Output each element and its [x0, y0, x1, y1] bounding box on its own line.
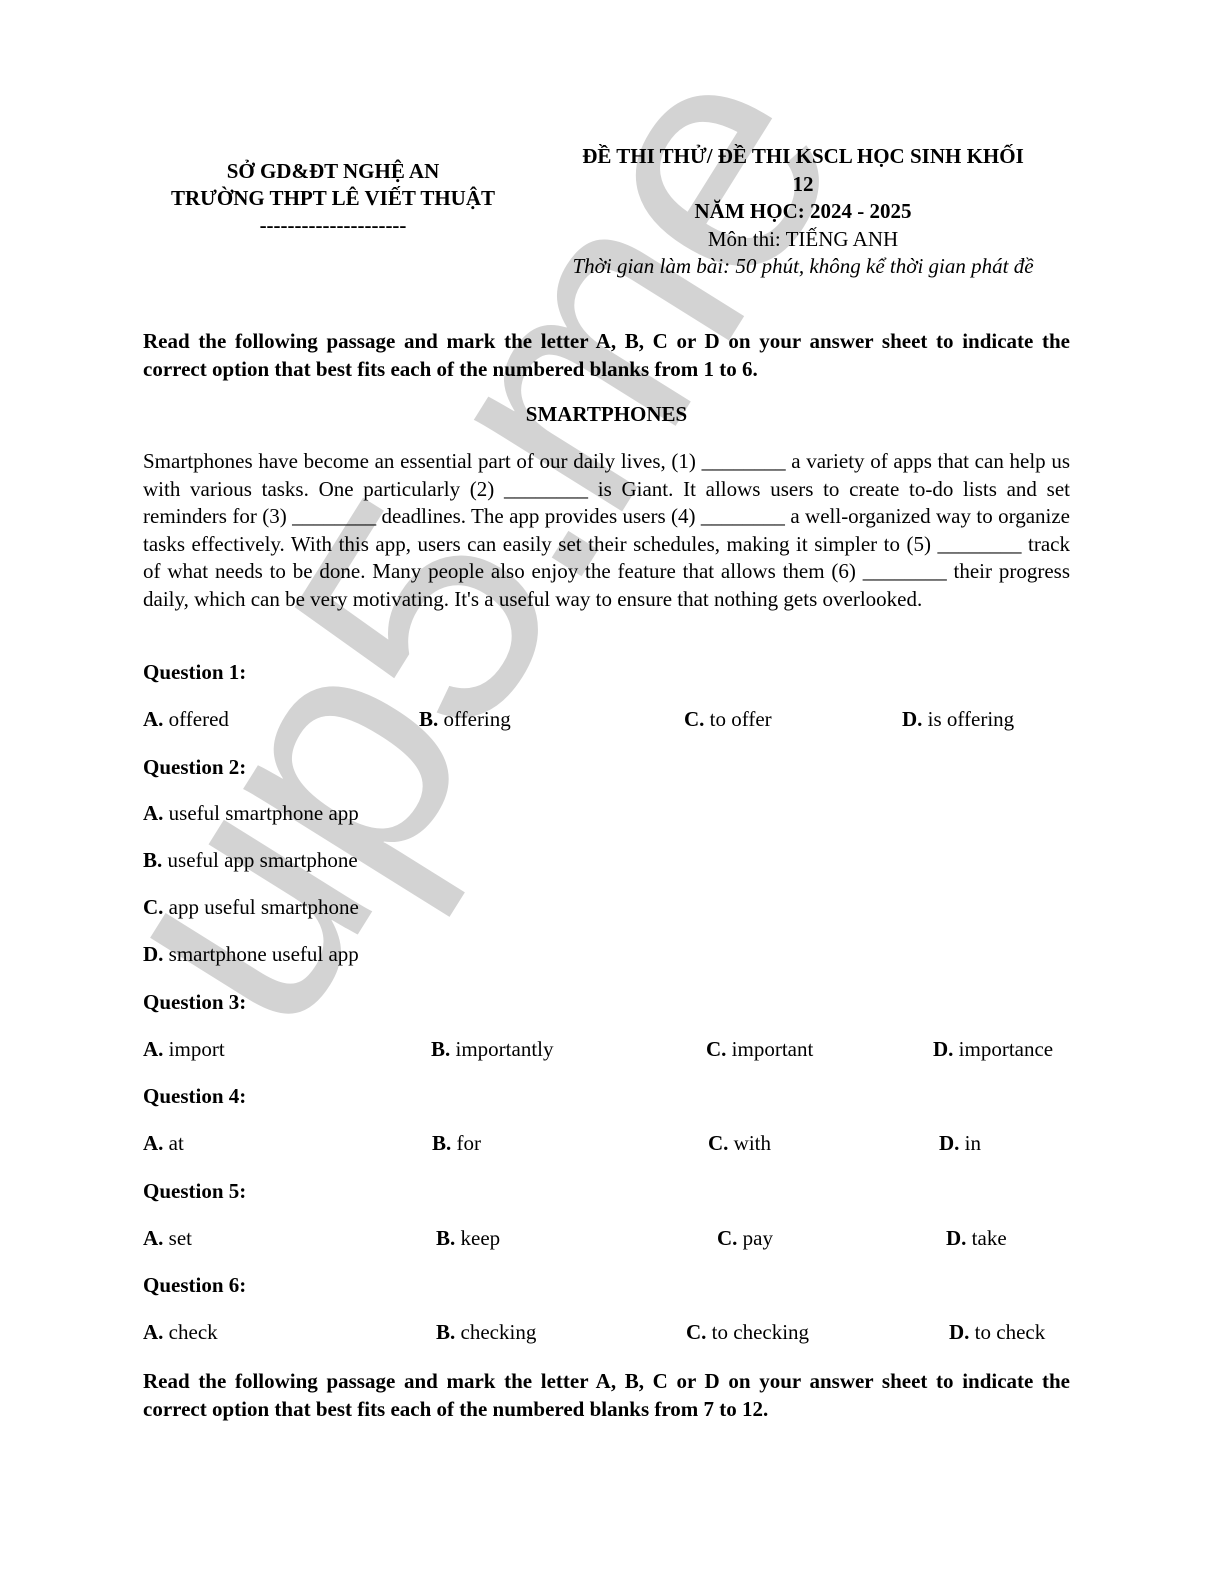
option-text: useful smartphone app	[169, 801, 359, 825]
answer-option[interactable]: B. useful app smartphone	[143, 848, 358, 873]
passage-title: SMARTPHONES	[143, 402, 1070, 427]
option-letter: A.	[143, 1037, 163, 1061]
option-text: useful app smartphone	[168, 848, 358, 872]
option-text: for	[457, 1131, 482, 1155]
option-text: take	[972, 1226, 1007, 1250]
option-text: is offering	[928, 707, 1015, 731]
exam-header: ĐỀ THI THỬ/ ĐỀ THI KSCL HỌC SINH KHỐI 12…	[523, 143, 1083, 281]
answer-option[interactable]: B. checking	[436, 1320, 536, 1345]
answer-option[interactable]: C. to offer	[684, 707, 772, 732]
option-letter: C.	[717, 1226, 737, 1250]
answer-option[interactable]: D. importance	[933, 1037, 1053, 1062]
instruction-2: Read the following passage and mark the …	[143, 1367, 1070, 1423]
question-label: Question 4:	[143, 1084, 246, 1109]
option-text: set	[169, 1226, 192, 1250]
question-label: Question 3:	[143, 990, 246, 1015]
option-letter: B.	[419, 707, 438, 731]
school-header: SỞ GD&ĐT NGHỆ AN TRƯỜNG THPT LÊ VIẾT THU…	[163, 158, 503, 239]
school-name: TRƯỜNG THPT LÊ VIẾT THUẬT	[163, 185, 503, 212]
option-letter: B.	[431, 1037, 450, 1061]
option-text: check	[169, 1320, 218, 1344]
option-text: to offer	[710, 707, 772, 731]
department-name: SỞ GD&ĐT NGHỆ AN	[163, 158, 503, 185]
instruction-1: Read the following passage and mark the …	[143, 327, 1070, 383]
answer-option[interactable]: C. pay	[717, 1226, 773, 1251]
answer-option[interactable]: A. at	[143, 1131, 184, 1156]
answer-option[interactable]: A. useful smartphone app	[143, 801, 359, 826]
header-divider: ---------------------	[163, 212, 503, 239]
option-letter: A.	[143, 707, 163, 731]
option-letter: D.	[949, 1320, 969, 1344]
option-text: checking	[461, 1320, 537, 1344]
question-label: Question 1:	[143, 660, 246, 685]
answer-option[interactable]: A. offered	[143, 707, 229, 732]
option-letter: B.	[436, 1320, 455, 1344]
answer-option[interactable]: C. with	[708, 1131, 771, 1156]
option-text: pay	[743, 1226, 773, 1250]
answer-option[interactable]: D. to check	[949, 1320, 1045, 1345]
option-letter: C.	[684, 707, 704, 731]
option-letter: D.	[933, 1037, 953, 1061]
answer-option[interactable]: C. app useful smartphone	[143, 895, 359, 920]
option-letter: C.	[143, 895, 163, 919]
option-text: important	[732, 1037, 814, 1061]
option-letter: A.	[143, 1226, 163, 1250]
answer-option[interactable]: A. import	[143, 1037, 225, 1062]
exam-grade: 12	[523, 171, 1083, 199]
passage-text: Smartphones have become an essential par…	[143, 448, 1070, 613]
question-label: Question 6:	[143, 1273, 246, 1298]
option-text: at	[169, 1131, 184, 1155]
answer-option[interactable]: D. take	[946, 1226, 1007, 1251]
answer-option[interactable]: B. importantly	[431, 1037, 554, 1062]
option-letter: D.	[946, 1226, 966, 1250]
question-label: Question 2:	[143, 755, 246, 780]
option-letter: A.	[143, 1131, 163, 1155]
option-text: importantly	[456, 1037, 554, 1061]
option-letter: D.	[902, 707, 922, 731]
option-letter: B.	[143, 848, 162, 872]
answer-option[interactable]: D. in	[939, 1131, 981, 1156]
option-text: offering	[444, 707, 511, 731]
school-year: NĂM HỌC: 2024 - 2025	[523, 198, 1083, 226]
option-text: keep	[461, 1226, 501, 1250]
answer-option[interactable]: A. check	[143, 1320, 218, 1345]
option-letter: C.	[708, 1131, 728, 1155]
exam-time: Thời gian làm bài: 50 phút, không kể thờ…	[523, 253, 1083, 281]
option-text: to checking	[712, 1320, 809, 1344]
option-text: smartphone useful app	[169, 942, 359, 966]
answer-option[interactable]: B. for	[432, 1131, 481, 1156]
option-letter: A.	[143, 1320, 163, 1344]
answer-option[interactable]: D. is offering	[902, 707, 1014, 732]
exam-title: ĐỀ THI THỬ/ ĐỀ THI KSCL HỌC SINH KHỐI	[523, 143, 1083, 171]
question-label: Question 5:	[143, 1179, 246, 1204]
option-letter: D.	[939, 1131, 959, 1155]
answer-option[interactable]: A. set	[143, 1226, 192, 1251]
option-text: app useful smartphone	[169, 895, 359, 919]
answer-option[interactable]: B. keep	[436, 1226, 500, 1251]
answer-option[interactable]: C. important	[706, 1037, 813, 1062]
option-text: offered	[169, 707, 229, 731]
option-letter: B.	[432, 1131, 451, 1155]
option-letter: C.	[686, 1320, 706, 1344]
option-text: to check	[975, 1320, 1046, 1344]
option-letter: C.	[706, 1037, 726, 1061]
subject: Môn thi: TIẾNG ANH	[523, 226, 1083, 254]
option-letter: D.	[143, 942, 163, 966]
option-text: with	[734, 1131, 771, 1155]
option-text: in	[965, 1131, 981, 1155]
answer-option[interactable]: C. to checking	[686, 1320, 809, 1345]
option-text: import	[169, 1037, 225, 1061]
answer-option[interactable]: B. offering	[419, 707, 511, 732]
answer-option[interactable]: D. smartphone useful app	[143, 942, 359, 967]
option-text: importance	[959, 1037, 1053, 1061]
option-letter: B.	[436, 1226, 455, 1250]
option-letter: A.	[143, 801, 163, 825]
